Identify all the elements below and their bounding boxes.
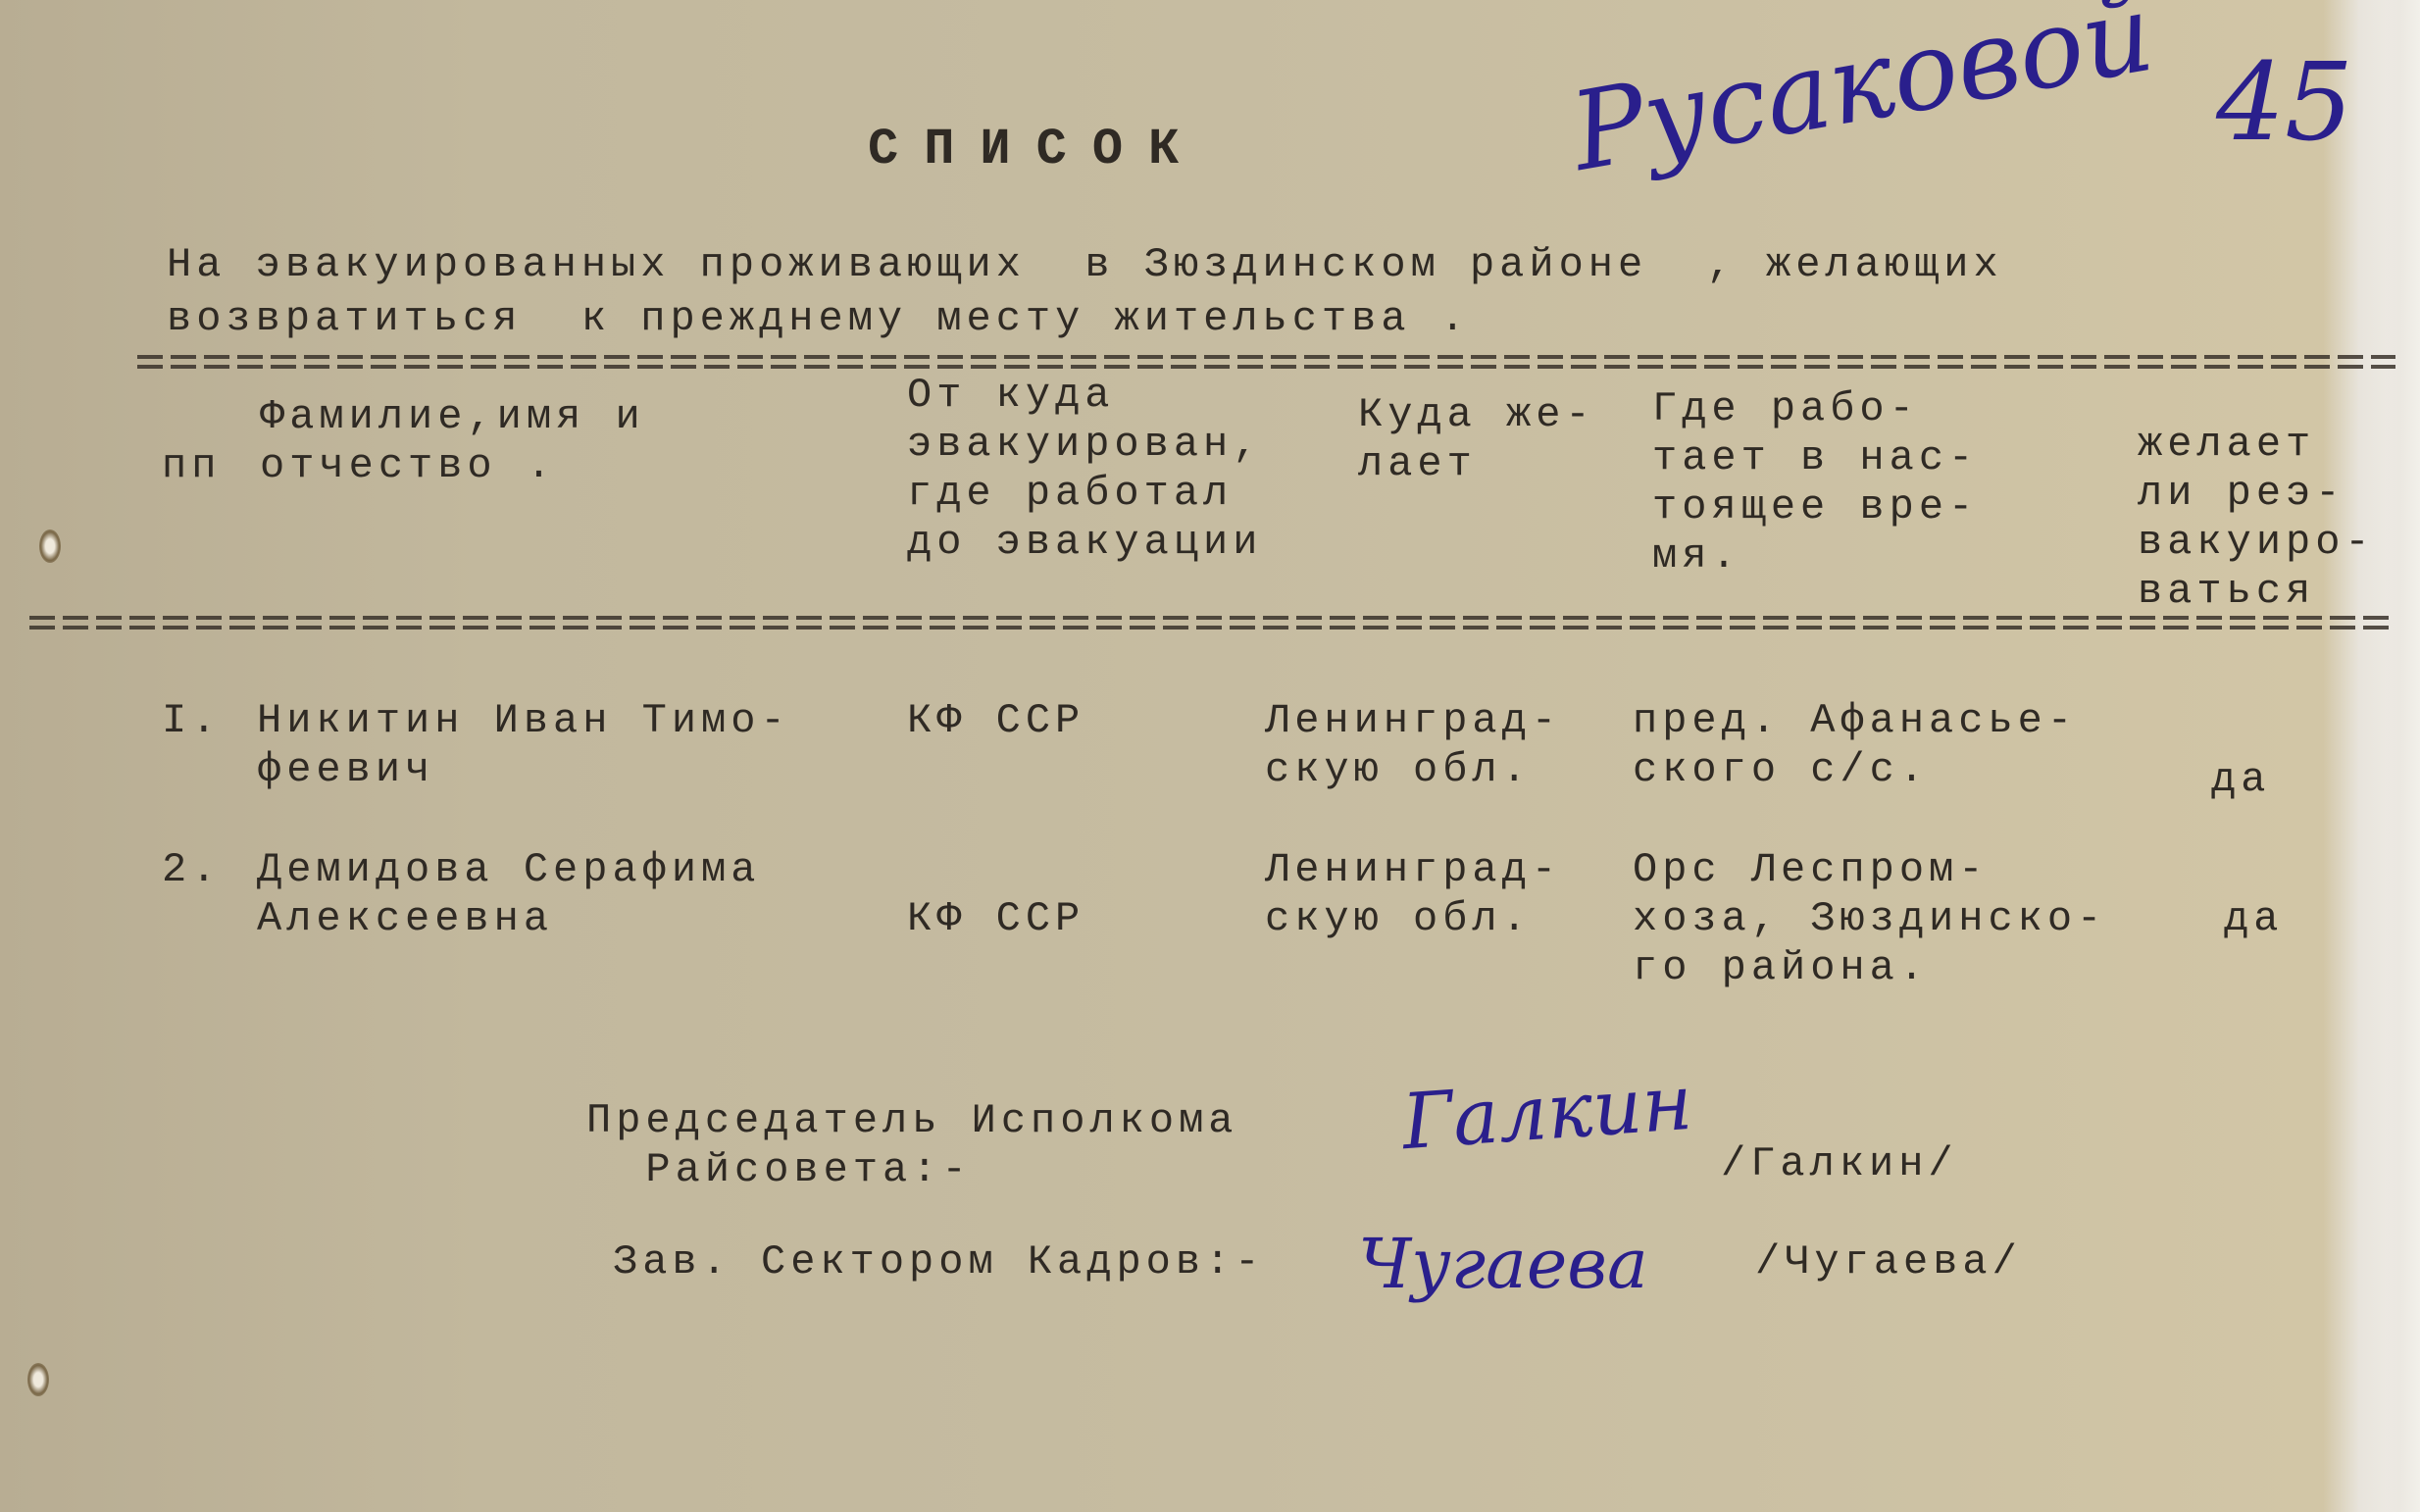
column-header-name: Фамилие,имя и отчество . xyxy=(260,392,645,490)
row-number: 2. xyxy=(162,845,221,894)
row-number: I. xyxy=(162,696,221,745)
signatory-name: /Чугаева/ xyxy=(1755,1237,2022,1286)
column-header-from: От куда эвакуирован, где работал до эвак… xyxy=(907,371,1262,567)
table-header-bottom-rule xyxy=(29,616,2395,630)
subtitle-line-2: возвратиться к прежднему месту жительств… xyxy=(167,294,1470,343)
column-header-destination: Куда же- лает xyxy=(1358,390,1595,488)
row-destination: Ленинград- скую обл. xyxy=(1265,696,1561,794)
subtitle-line-1: На эвакуированных проживающих в Зюздинск… xyxy=(167,240,2003,289)
handwritten-recipient-name: Русаковой xyxy=(1562,0,2161,195)
signatory-name: /Галкин/ xyxy=(1721,1139,1958,1188)
signature-title: Зав. Сектором Кадров:- xyxy=(613,1237,1265,1286)
row-wants: да xyxy=(2211,755,2270,804)
punch-hole xyxy=(27,1363,49,1396)
row-wants: да xyxy=(2224,894,2283,943)
column-header-current-work: Где рабо- тает в нас- тоящее вре- мя. xyxy=(1652,384,1978,580)
row-current-work: пред. Афанасье- ского с/с. xyxy=(1633,696,2077,794)
column-header-number: пп xyxy=(162,441,221,490)
column-header-wants-reevacuation: желает ли реэ- вакуиро- ваться xyxy=(2138,420,2375,616)
document-title: СПИСОК xyxy=(868,126,1204,175)
row-from: КФ ССР xyxy=(907,894,1084,943)
paper-edge xyxy=(2371,0,2420,1512)
row-name: Демидова Серафима Алексеевна xyxy=(257,845,760,943)
row-name: Никитин Иван Тимо- феевич xyxy=(257,696,790,794)
punch-hole xyxy=(39,529,61,563)
handwritten-signature: Чугаева xyxy=(1358,1224,1648,1304)
signature-title: Председатель Исполкома Райсовета:- xyxy=(586,1096,1238,1194)
row-from: КФ ССР xyxy=(907,696,1084,745)
row-destination: Ленинград- скую обл. xyxy=(1265,845,1561,943)
page-number: 45 xyxy=(2216,39,2353,165)
handwritten-signature: Галкин xyxy=(1399,1059,1695,1167)
row-current-work: Орс Леспром- хоза, Зюздинско- го района. xyxy=(1633,845,2106,992)
table-top-rule xyxy=(137,355,2395,369)
